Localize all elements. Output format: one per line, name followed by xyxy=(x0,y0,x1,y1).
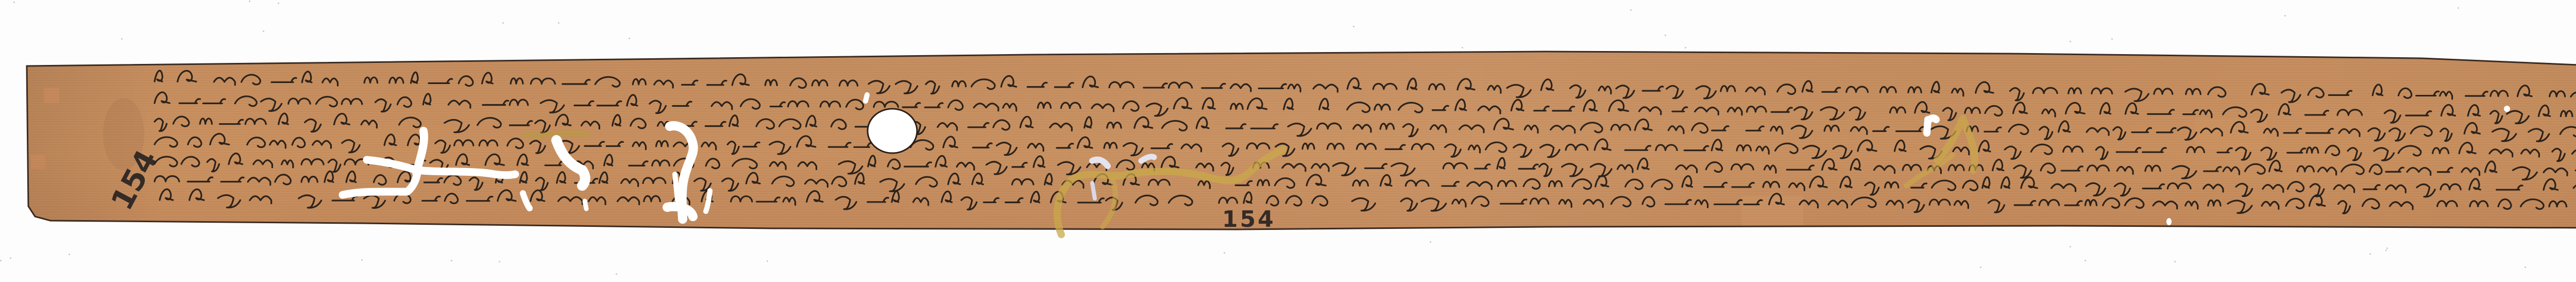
scan-speck xyxy=(616,273,617,275)
scan-speck xyxy=(1430,241,1431,243)
palm-leaf xyxy=(0,0,2576,282)
scan-speck xyxy=(629,38,630,39)
scan-speck xyxy=(2458,7,2459,9)
manuscript-scan: 154 154 154 156 xyxy=(0,0,2576,282)
margin-number-bottom: 154 xyxy=(1222,208,1276,231)
scan-speck xyxy=(249,1,250,2)
scan-speck xyxy=(558,22,560,24)
binding-hole xyxy=(868,109,917,153)
scan-speck xyxy=(361,259,363,261)
scan-speck xyxy=(2070,41,2071,42)
